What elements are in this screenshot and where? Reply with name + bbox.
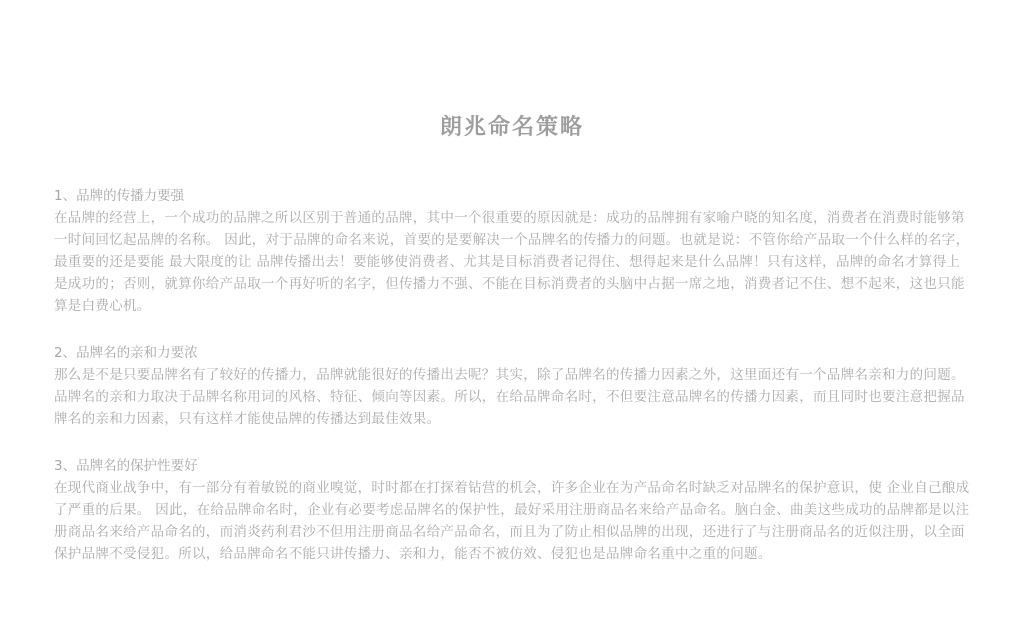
section-body: 在品牌的经营上，一个成功的品牌之所以区别于普通的品牌，其中一个很重要的原因就是：… — [54, 207, 970, 317]
document-content: 1、品牌的传播力要强 在品牌的经营上，一个成功的品牌之所以区别于普通的品牌，其中… — [54, 185, 970, 565]
section-heading: 2、品牌名的亲和力要浓 — [54, 342, 970, 364]
section-heading: 1、品牌的传播力要强 — [54, 185, 970, 207]
section-body: 在现代商业战争中，有一部分有着敏锐的商业嗅觉，时时都在打探着钻营的机会，许多企业… — [54, 477, 970, 565]
section-heading: 3、品牌名的保护性要好 — [54, 455, 970, 477]
page-title: 朗兆命名策略 — [0, 0, 1024, 141]
section-brand-protection: 3、品牌名的保护性要好 在现代商业战争中，有一部分有着敏锐的商业嗅觉，时时都在打… — [54, 455, 970, 565]
document-page: 朗兆命名策略 1、品牌的传播力要强 在品牌的经营上，一个成功的品牌之所以区别于普… — [0, 0, 1024, 640]
section-brand-spreadability: 1、品牌的传播力要强 在品牌的经营上，一个成功的品牌之所以区别于普通的品牌，其中… — [54, 185, 970, 317]
section-body: 那么是不是只要品牌名有了较好的传播力，品牌就能很好的传播出去呢？其实，除了品牌名… — [54, 364, 970, 430]
section-brand-affinity: 2、品牌名的亲和力要浓 那么是不是只要品牌名有了较好的传播力，品牌就能很好的传播… — [54, 342, 970, 430]
